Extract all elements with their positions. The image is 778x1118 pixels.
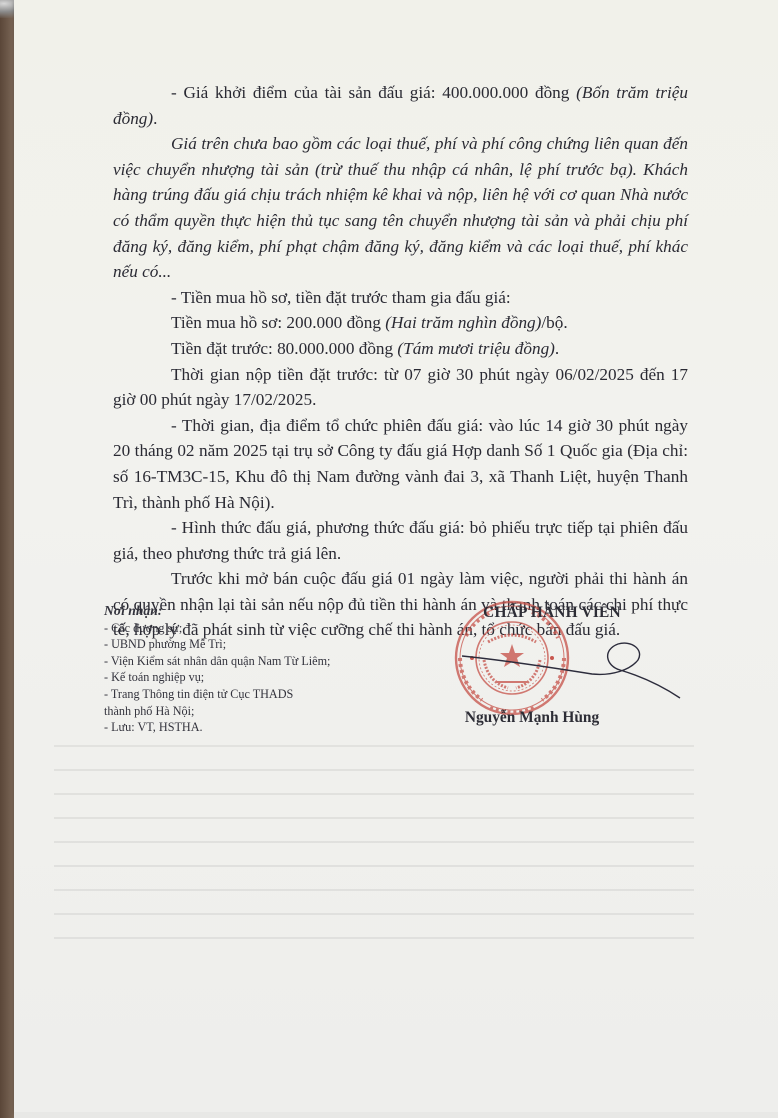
signer-title: CHẤP HÀNH VIÊN bbox=[452, 604, 652, 622]
document-body: - Giá khởi điểm của tài sản đấu giá: 400… bbox=[113, 80, 688, 643]
paragraph-auction-method: - Hình thức đấu giá, phương thức đấu giá… bbox=[113, 515, 688, 566]
recipients-block: Nơi nhận: - Các đương sự; - UBND phường … bbox=[104, 603, 434, 736]
paragraph-starting-price: - Giá khởi điểm của tài sản đấu giá: 400… bbox=[113, 80, 688, 131]
recipient-item: thành phố Hà Nội; bbox=[104, 703, 434, 720]
signer-name: Nguyễn Mạnh Hùng bbox=[452, 709, 612, 727]
recipient-item: - UBND phường Mễ Trì; bbox=[104, 636, 434, 653]
handwritten-signature-icon bbox=[462, 634, 682, 704]
recipient-item: - Viện Kiểm sát nhân dân quận Nam Từ Liê… bbox=[104, 653, 434, 670]
paragraph-price-note: Giá trên chưa bao gồm các loại thuế, phí… bbox=[113, 131, 688, 285]
recipient-item: - Lưu: VT, HSTHA. bbox=[104, 719, 434, 736]
recipient-item: - Kế toán nghiệp vụ; bbox=[104, 669, 434, 686]
paragraph-deposit: Tiền đặt trước: 80.000.000 đồng (Tám mươ… bbox=[113, 336, 688, 362]
paragraph-deposit-period: Thời gian nộp tiền đặt trước: từ 07 giờ … bbox=[113, 362, 688, 413]
recipient-item: - Các đương sự; bbox=[104, 620, 434, 637]
recipients-heading: Nơi nhận: bbox=[104, 603, 434, 620]
paragraph-dossier-fee: Tiền mua hồ sơ: 200.000 đồng (Hai trăm n… bbox=[113, 310, 688, 336]
paragraph-auction-time-place: - Thời gian, địa điểm tổ chức phiên đấu … bbox=[113, 413, 688, 515]
recipient-item: - Trang Thông tin điện tử Cục THADS bbox=[104, 686, 434, 703]
paragraph-fees-heading: - Tiền mua hồ sơ, tiền đặt trước tham gi… bbox=[113, 285, 688, 311]
signature-block: CHẤP HÀNH VIÊN Nguyễn Mạnh Hùng bbox=[452, 604, 652, 622]
reverse-side-bleed-through bbox=[54, 745, 694, 985]
